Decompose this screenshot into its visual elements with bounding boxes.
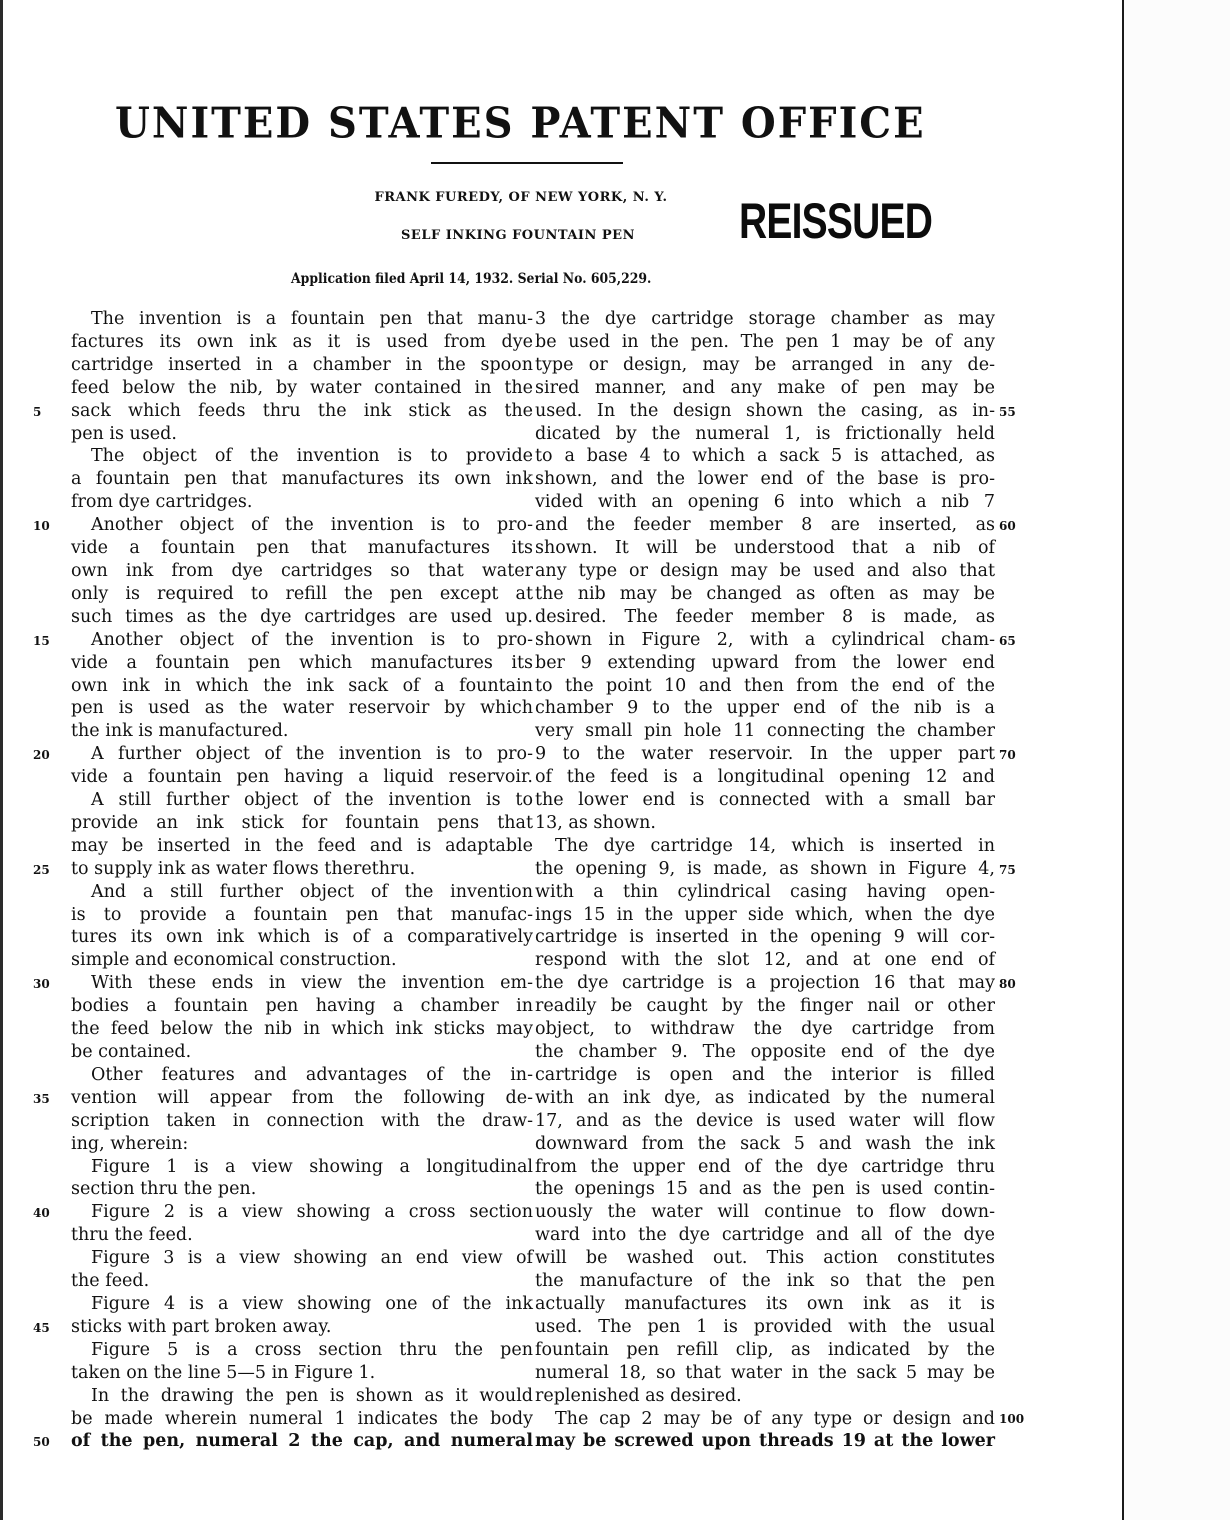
text-line: respond with the slot 12, and at one end… — [535, 949, 995, 972]
text-line: used. The pen 1 is provided with the usu… — [535, 1316, 995, 1339]
line-number: 10 — [33, 519, 50, 533]
text-line: uously the water will continue to flow d… — [535, 1201, 995, 1224]
text-line: to a base 4 to which a sack 5 is attache… — [535, 445, 995, 468]
text-line: the chamber 9. The opposite end of the d… — [535, 1041, 995, 1064]
text-line: the feed. — [71, 1270, 533, 1293]
text-line: cartridge inserted in a chamber in the s… — [71, 354, 533, 377]
application-line: Application filed April 14, 1932. Serial… — [291, 271, 733, 287]
text-line: the opening 9, is made, as shown in Figu… — [535, 858, 995, 881]
text-line: will be washed out. This action constitu… — [535, 1247, 995, 1270]
text-line: vention will appear from the following d… — [71, 1087, 533, 1110]
text-line: is to provide a fountain pen that manufa… — [71, 904, 533, 927]
text-line: such times as the dye cartridges are use… — [71, 606, 533, 629]
text-line: The dye cartridge 14, which is inserted … — [535, 835, 995, 858]
patent-page: UNITED STATES PATENT OFFICE FRANK FUREDY… — [3, 0, 1122, 1520]
text-line: taken on the line 5—5 in Figure 1. — [71, 1362, 533, 1385]
reissued-stamp: REISSUED — [739, 192, 932, 250]
text-line: 17, and as the device is used water will… — [535, 1110, 995, 1133]
text-line: vide a fountain pen that manufactures it… — [71, 537, 533, 560]
text-line: simple and economical construction. — [71, 949, 533, 972]
text-line: be used in the pen. The pen 1 may be of … — [535, 331, 995, 354]
text-line: A further object of the invention is to … — [71, 743, 533, 766]
text-line: the dye cartridge is a projection 16 tha… — [535, 972, 995, 995]
line-number: 50 — [33, 1435, 50, 1449]
text-line: 3 the dye cartridge storage chamber as m… — [535, 308, 995, 331]
text-line: from the upper end of the dye cartridge … — [535, 1156, 995, 1179]
text-line: only is required to refill the pen excep… — [71, 583, 533, 606]
text-line: ward into the dye cartridge and all of t… — [535, 1224, 995, 1247]
text-line: Figure 4 is a view showing one of the in… — [71, 1293, 533, 1316]
text-line: vide a fountain pen having a liquid rese… — [71, 766, 533, 789]
text-line: replenished as desired. — [535, 1385, 995, 1408]
text-line: may be screwed upon threads 19 at the lo… — [535, 1430, 995, 1453]
text-line: bodies a fountain pen having a chamber i… — [71, 995, 533, 1018]
text-line: Another object of the invention is to pr… — [71, 629, 533, 652]
text-line: Figure 5 is a cross section thru the pen — [71, 1339, 533, 1362]
text-line: thru the feed. — [71, 1224, 533, 1247]
text-line: Another object of the invention is to pr… — [71, 514, 533, 537]
text-line: And a still further object of the invent… — [71, 881, 533, 904]
text-line: pen is used as the water reservoir by wh… — [71, 697, 533, 720]
text-line: downward from the sack 5 and wash the in… — [535, 1133, 995, 1156]
text-line: provide an ink stick for fountain pens t… — [71, 812, 533, 835]
text-line: the openings 15 and as the pen is used c… — [535, 1178, 995, 1201]
line-number: 20 — [33, 748, 50, 762]
text-line: sired manner, and any make of pen may be — [535, 377, 995, 400]
text-line: factures its own ink as it is used from … — [71, 331, 533, 354]
text-line: may be inserted in the feed and is adapt… — [71, 835, 533, 858]
title-divider — [431, 162, 623, 164]
text-line: shown, and the lower end of the base is … — [535, 468, 995, 491]
text-line: Figure 3 is a view showing an end view o… — [71, 1247, 533, 1270]
scan-page-edge — [1122, 0, 1124, 1520]
text-line: feed below the nib, by water contained i… — [71, 377, 533, 400]
text-line: very small pin hole 11 connecting the ch… — [535, 720, 995, 743]
text-line: Figure 2 is a view showing a cross secti… — [71, 1201, 533, 1224]
line-number: 30 — [33, 977, 50, 991]
invention-title: SELF INKING FOUNTAIN PEN — [358, 228, 678, 243]
text-line: of the pen, numeral 2 the cap, and numer… — [71, 1430, 533, 1453]
text-line: be made wherein numeral 1 indicates the … — [71, 1408, 533, 1431]
text-line: type or design, may be arranged in any d… — [535, 354, 995, 377]
text-line: be contained. — [71, 1041, 533, 1064]
right-text-column: 3 the dye cartridge storage chamber as m… — [535, 308, 995, 1453]
text-line: to the point 10 and then from the end of… — [535, 675, 995, 698]
inventor-line: FRANK FUREDY, OF NEW YORK, N. Y. — [321, 190, 721, 205]
line-number: 70 — [999, 748, 1016, 762]
text-line: shown. It will be understood that a nib … — [535, 537, 995, 560]
text-line: the nib may be changed as often as may b… — [535, 583, 995, 606]
text-line: 9 to the water reservoir. In the upper p… — [535, 743, 995, 766]
text-line: sticks with part broken away. — [71, 1316, 533, 1339]
line-number: 15 — [33, 634, 50, 648]
text-line: readily be caught by the finger nail or … — [535, 995, 995, 1018]
line-number: 5 — [33, 405, 41, 419]
text-line: any type or design may be used and also … — [535, 560, 995, 583]
text-line: cartridge is inserted in the opening 9 w… — [535, 926, 995, 949]
line-number: 60 — [999, 519, 1016, 533]
text-line: actually manufactures its own ink as it … — [535, 1293, 995, 1316]
text-line: own ink from dye cartridges so that wate… — [71, 560, 533, 583]
line-number: 35 — [33, 1092, 50, 1106]
text-line: A still further object of the invention … — [71, 789, 533, 812]
text-line: to supply ink as water flows therethru. — [71, 858, 533, 881]
text-line: shown in Figure 2, with a cylindrical ch… — [535, 629, 995, 652]
line-number: 55 — [999, 405, 1016, 419]
line-number: 40 — [33, 1206, 50, 1220]
text-line: of the feed is a longitudinal opening 12… — [535, 766, 995, 789]
text-line: The invention is a fountain pen that man… — [71, 308, 533, 331]
text-line: tures its own ink which is of a comparat… — [71, 926, 533, 949]
left-text-column: The invention is a fountain pen that man… — [71, 308, 533, 1453]
text-line: own ink in which the ink sack of a fount… — [71, 675, 533, 698]
text-line: object, to withdraw the dye cartridge fr… — [535, 1018, 995, 1041]
text-line: 13, as shown. — [535, 812, 995, 835]
text-line: cartridge is open and the interior is fi… — [535, 1064, 995, 1087]
text-line: from dye cartridges. — [71, 491, 533, 514]
text-line: section thru the pen. — [71, 1178, 533, 1201]
text-line: desired. The feeder member 8 is made, as — [535, 606, 995, 629]
text-line: a fountain pen that manufactures its own… — [71, 468, 533, 491]
text-line: the ink is manufactured. — [71, 720, 533, 743]
text-line: numeral 18, so that water in the sack 5 … — [535, 1362, 995, 1385]
text-line: ber 9 extending upward from the lower en… — [535, 652, 995, 675]
text-line: ing, wherein: — [71, 1133, 533, 1156]
text-line: The cap 2 may be of any type or design a… — [535, 1408, 995, 1431]
text-line: dicated by the numeral 1, is frictionall… — [535, 423, 995, 446]
text-line: With these ends in view the invention em… — [71, 972, 533, 995]
office-title: UNITED STATES PATENT OFFICE — [115, 99, 925, 148]
text-line: sack which feeds thru the ink stick as t… — [71, 400, 533, 423]
text-line: The object of the invention is to provid… — [71, 445, 533, 468]
text-line: In the drawing the pen is shown as it wo… — [71, 1385, 533, 1408]
text-line: the feed below the nib in which ink stic… — [71, 1018, 533, 1041]
text-line: the manufacture of the ink so that the p… — [535, 1270, 995, 1293]
text-line: Figure 1 is a view showing a longitudina… — [71, 1156, 533, 1179]
text-line: with an ink dye, as indicated by the num… — [535, 1087, 995, 1110]
text-line: Other features and advantages of the in- — [71, 1064, 533, 1087]
text-line: pen is used. — [71, 423, 533, 446]
text-line: fountain pen refill clip, as indicated b… — [535, 1339, 995, 1362]
line-number: 100 — [999, 1412, 1024, 1426]
text-line: the lower end is connected with a small … — [535, 789, 995, 812]
line-number: 25 — [33, 863, 50, 877]
line-number: 45 — [33, 1321, 50, 1335]
line-number: 80 — [999, 977, 1016, 991]
text-line: scription taken in connection with the d… — [71, 1110, 533, 1133]
line-number: 75 — [999, 863, 1016, 877]
text-line: with a thin cylindrical casing having op… — [535, 881, 995, 904]
text-line: used. In the design shown the casing, as… — [535, 400, 995, 423]
line-number: 65 — [999, 634, 1016, 648]
text-line: vide a fountain pen which manufactures i… — [71, 652, 533, 675]
text-line: chamber 9 to the upper end of the nib is… — [535, 697, 995, 720]
text-line: and the feeder member 8 are inserted, as — [535, 514, 995, 537]
text-line: ings 15 in the upper side which, when th… — [535, 904, 995, 927]
text-line: vided with an opening 6 into which a nib… — [535, 491, 995, 514]
